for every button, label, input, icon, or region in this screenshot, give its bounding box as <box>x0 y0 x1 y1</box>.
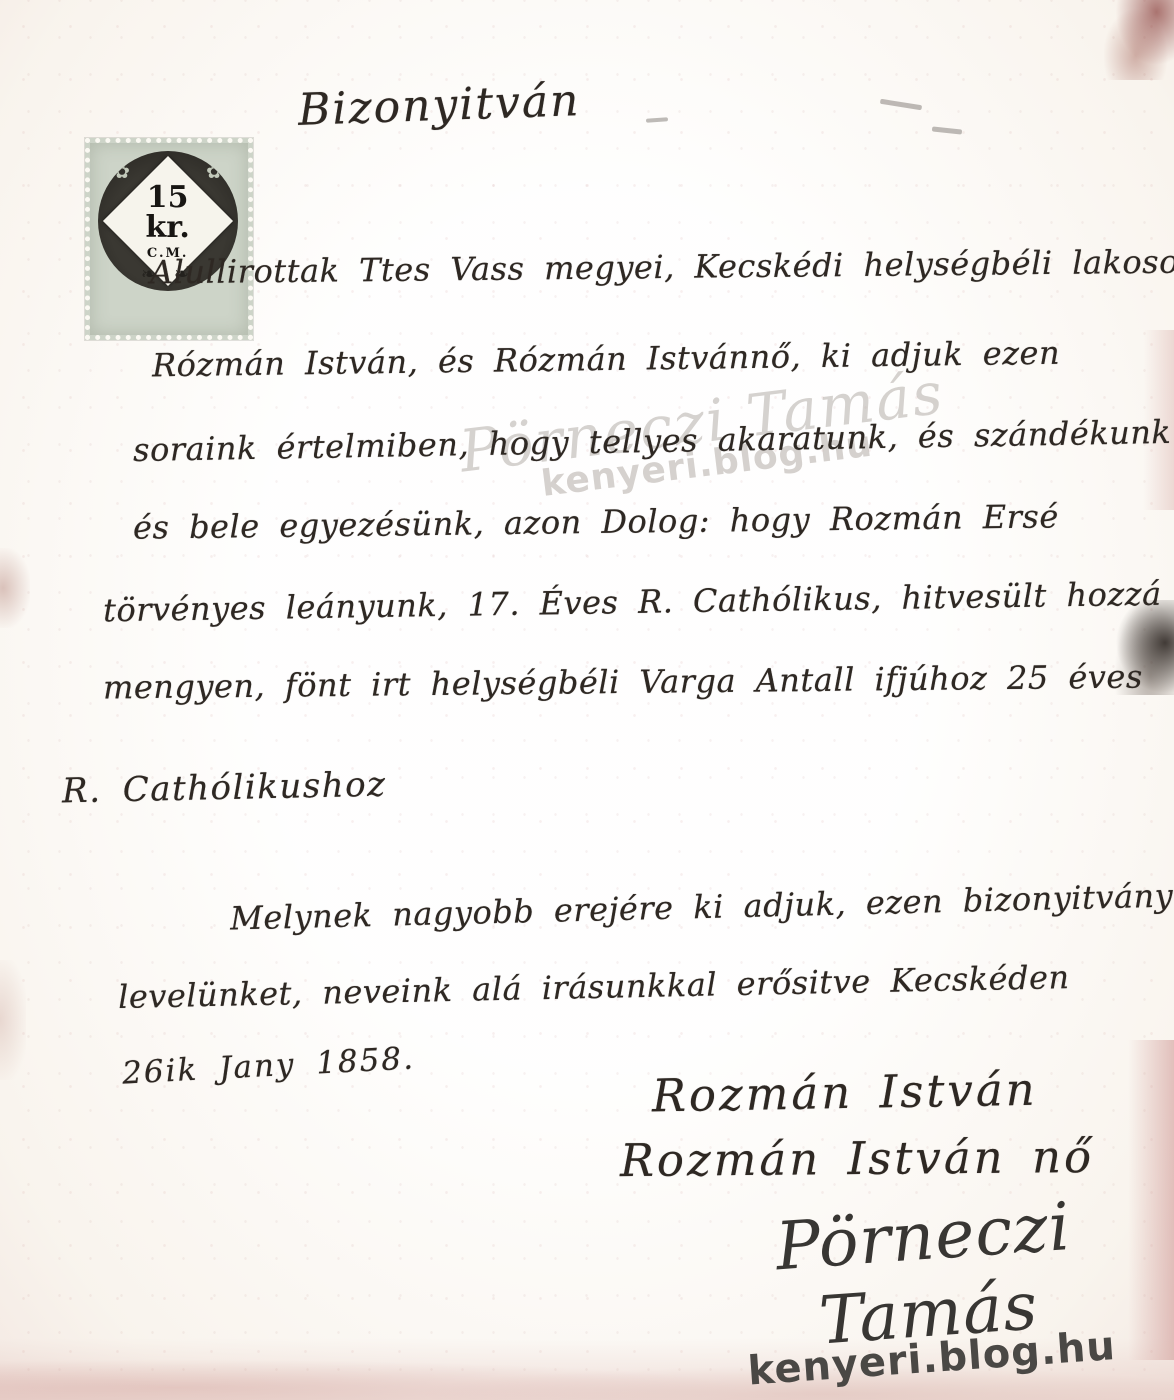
signature: Rozmán István <box>652 1063 1039 1123</box>
document-date: 26ik Jany 1858. <box>121 1040 415 1091</box>
document-line: és bele egyezésünk, azon Dolog: hogy Roz… <box>133 497 1059 546</box>
signature: Rozmán István nő <box>620 1130 1094 1187</box>
document-title: Bizonyitván <box>297 75 581 136</box>
scan-artifact <box>880 99 922 111</box>
scan-artifact <box>0 548 30 628</box>
document-page: ✿ ✿ 15 kr. C.M. ❧ ❧ Pörneczi Tamás kenye… <box>0 0 1174 1400</box>
scan-artifact <box>0 960 26 1080</box>
document-line: soraink értelmiben, hogy tellyes akaratu… <box>133 413 1172 469</box>
scan-artifact <box>0 1338 1174 1400</box>
floral-ornament-icon: ✿ <box>114 161 130 183</box>
scan-artifact <box>1104 0 1174 80</box>
floral-ornament-icon: ✿ <box>206 161 222 183</box>
scan-artifact <box>932 126 962 134</box>
closing-line: levelünket, neveink alá irásunkkal erősi… <box>118 958 1070 1016</box>
revenue-stamp: ✿ ✿ 15 kr. C.M. ❧ ❧ <box>85 138 253 340</box>
scan-artifact <box>646 117 668 123</box>
scan-artifact <box>1120 1040 1174 1360</box>
document-line: R. Cathólikushoz <box>62 765 387 812</box>
document-line: törvényes leányunk, 17. Éves R. Cathólik… <box>103 575 1162 630</box>
document-line: Rózmán István, és Rózmán Istvánnő, ki ad… <box>152 334 1061 385</box>
closing-line: Melynek nagyobb erejére ki adjuk, ezen b… <box>230 876 1174 937</box>
watermark-site: kenyeri.blog.hu <box>684 1319 1174 1399</box>
watermark-author: Pörneczi Tamás <box>674 1181 1174 1369</box>
document-line: mengyen, fönt irt helységbéli Varga Anta… <box>103 658 1143 707</box>
document-line: Alullirottak Ttes Vass megyei, Kecskédi … <box>150 243 1174 292</box>
bottom-watermark: Pörneczi Tamás kenyeri.blog.hu <box>674 1181 1174 1399</box>
stamp-value: 15 kr. <box>122 183 214 243</box>
